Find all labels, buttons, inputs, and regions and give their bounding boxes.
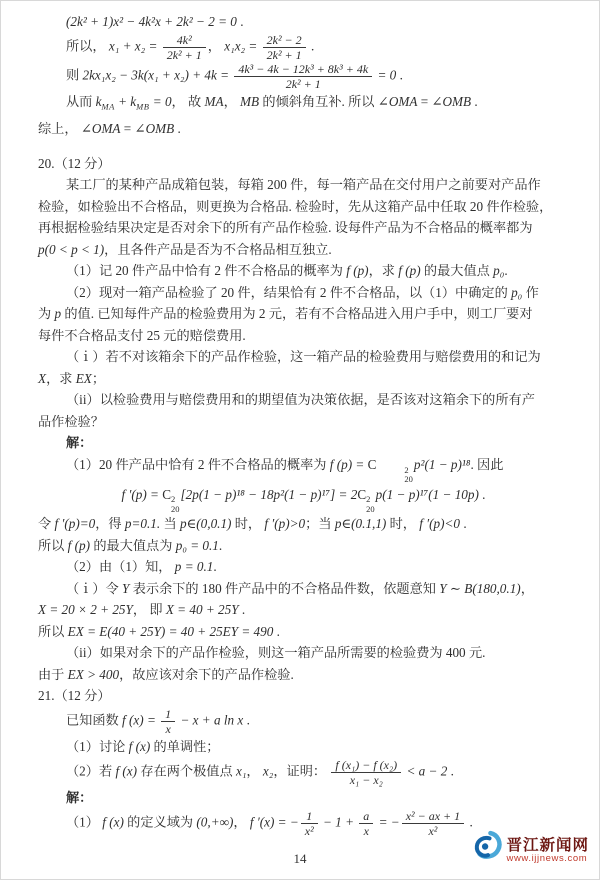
site-url: www.ijjnews.com bbox=[506, 854, 587, 864]
doc-line: 检验，如检验出不合格品，则更换为合格品. 检验时，先从这箱产品中任取 20 件作… bbox=[38, 196, 569, 218]
text-run: 检验，如检验出不合格品，则更换为合格品. 检验时，先从这箱产品中任取 20 件作… bbox=[38, 199, 552, 214]
fraction-denominator: 2k² + 1 bbox=[234, 76, 372, 91]
doc-line: （1）记 20 件产品中恰有 2 件不合格品的概率为 f (p)，求 f (p)… bbox=[38, 260, 569, 282]
text-run: . bbox=[308, 38, 315, 53]
fraction-numerator: 4k³ − 4k − 12k³ + 8k³ + 4k bbox=[234, 62, 372, 76]
fraction-numerator: 1 bbox=[161, 707, 175, 721]
doc-line: 某工厂的某种产品成箱包装，每箱 200 件，每一箱产品在交付用户之前要对产品作 bbox=[38, 174, 569, 196]
text-run: 20.（12 分） bbox=[38, 156, 111, 171]
text-run: 为 bbox=[38, 306, 54, 321]
document-page: (2k² + 1)x² − 4k²x + 2k² − 2 = 0 .所以， x₁… bbox=[0, 0, 600, 880]
math-run: f (x) = bbox=[122, 713, 159, 728]
text-run: 作 bbox=[522, 285, 538, 300]
fraction-numerator: 4k² bbox=[163, 33, 206, 47]
doc-line: 从而 kMA + kMB = 0， 故 MA， MB 的倾斜角互补. 所以 ∠O… bbox=[38, 91, 569, 118]
text-run: C bbox=[357, 487, 366, 502]
math-run: f (p) = bbox=[330, 457, 368, 472]
text-run: 所以， bbox=[66, 38, 109, 53]
math-run: X bbox=[38, 371, 46, 386]
math-run: OMA bbox=[389, 94, 418, 109]
math-run: f (x) bbox=[129, 739, 151, 754]
text-run: . bbox=[471, 94, 478, 109]
text-run: 令 bbox=[38, 516, 54, 531]
text-run: ，求 bbox=[369, 263, 399, 278]
text-run: ，故应该对余下的产品作检验. bbox=[119, 667, 294, 682]
math-run: − x + a ln x bbox=[177, 713, 243, 728]
math-run: EX = E(40 + 25Y) = 40 + 25EY = 490 bbox=[68, 624, 274, 639]
text-run: . bbox=[237, 14, 244, 29]
fraction-numerator: f (x₁) − f (x₂) bbox=[331, 758, 401, 772]
doc-line: （ii）如果对余下的产品作检验，则这一箱产品所需要的检验费为 400 元. bbox=[38, 642, 569, 664]
math-run: = 0 bbox=[149, 94, 171, 109]
bold-run: 解： bbox=[66, 790, 92, 805]
text-run: ，求 bbox=[46, 371, 76, 386]
text-run: （1） bbox=[66, 814, 102, 829]
text-run: ，证明： bbox=[273, 763, 329, 778]
doc-line: 再根据检验结果决定是否对余下的所有产品作检验. 设每件产品为不合格品的概率都为 bbox=[38, 217, 569, 239]
doc-line: 则 2kx₁x₂ − 3k(x₁ + x₂) + 4k = 4k³ − 4k −… bbox=[38, 62, 569, 91]
sup-sub-stack: 220 bbox=[376, 466, 413, 484]
text-run: . bbox=[219, 538, 222, 553]
text-run: 的值. 已知每件产品的检验费用为 2 元，若有不合格品进入用户手中，则工厂要对 bbox=[61, 306, 532, 321]
text-run: ；当 bbox=[305, 516, 335, 531]
math-run: Y ∼ B(180,0.1) bbox=[439, 581, 520, 596]
text-run: ； bbox=[92, 371, 105, 386]
math-run: [2p(1 − p)¹⁸ − 18p²(1 − p)¹⁷] = 2 bbox=[181, 487, 358, 502]
text-run: . bbox=[504, 263, 507, 278]
doc-line: 综上， ∠OMA = ∠OMB . bbox=[38, 118, 569, 140]
fraction: x² − ax + 1x² bbox=[402, 809, 464, 838]
doc-line: （ｉ）若不对该箱余下的产品作检验，这一箱产品的检验费用与赔偿费用的和记为 bbox=[38, 346, 569, 368]
math-run: f ′(p) = bbox=[122, 487, 163, 502]
math-run: f ′(p)>0 bbox=[264, 516, 305, 531]
text-run: 所以 bbox=[38, 624, 68, 639]
text-run: （2）现对一箱产品检验了 20 件，结果恰有 2 件不合格品，以（1）中确定的 bbox=[66, 285, 511, 300]
math-run: p = 0.1 bbox=[175, 559, 214, 574]
math-run: < a − 2 bbox=[403, 763, 447, 778]
math-run: X = 40 + 25Y bbox=[166, 602, 239, 617]
text-run: （2）若 bbox=[66, 763, 115, 778]
fraction-denominator: x₁ − x₂ bbox=[331, 772, 401, 787]
math-run: p(0 < p < 1) bbox=[38, 242, 104, 257]
superscript-digit: 2 bbox=[171, 495, 175, 504]
text-run: （1）讨论 bbox=[66, 739, 129, 754]
document-body: (2k² + 1)x² − 4k²x + 2k² − 2 = 0 .所以， x₁… bbox=[38, 11, 569, 838]
text-run: 存在两个极值点 bbox=[137, 763, 236, 778]
site-logo: 晋江新闻网 www.ijjnews.com bbox=[473, 830, 589, 871]
text-run: . bbox=[213, 559, 216, 574]
math-run: p₀ bbox=[493, 263, 504, 278]
math-run: 2kx₁x₂ − 3k(x₁ + x₂) + 4k = bbox=[82, 68, 232, 83]
text-run: 每件不合格品支付 25 元的赔偿费用. bbox=[38, 328, 246, 343]
text-run: . bbox=[479, 487, 486, 502]
text-run: 由于 bbox=[38, 667, 68, 682]
math-run: f (p) bbox=[398, 263, 420, 278]
math-run: EX > 400 bbox=[68, 667, 119, 682]
fraction: 2k² − 22k² + 1 bbox=[263, 33, 306, 62]
text-run: 的单调性； bbox=[150, 739, 219, 754]
math-run: X = 20 × 2 + 25Y bbox=[38, 602, 133, 617]
text-run: ， bbox=[246, 763, 262, 778]
doc-line: 所以 f (p) 的最大值点为 p₀ = 0.1. bbox=[38, 535, 569, 557]
math-run: f (x) bbox=[115, 763, 137, 778]
doc-line: （2）由（1）知， p = 0.1. bbox=[38, 556, 569, 578]
text-run: 综上， ∠ bbox=[38, 121, 92, 136]
doc-line: (2k² + 1)x² − 4k²x + 2k² − 2 = 0 . bbox=[38, 11, 569, 33]
text-run: ， bbox=[224, 94, 240, 109]
fraction-denominator: 2k² + 1 bbox=[263, 47, 306, 62]
math-run: MB bbox=[240, 94, 259, 109]
logo-text-block: 晋江新闻网 www.ijjnews.com bbox=[506, 837, 589, 864]
fraction-numerator: a bbox=[359, 809, 373, 823]
math-run: p²(1 − p)¹⁸ bbox=[414, 457, 471, 472]
doc-line: 品作检验？ bbox=[38, 411, 569, 433]
text-run: 当 bbox=[160, 516, 180, 531]
text-run: （ii）以检验费用与赔偿费用和的期望值为决策依据，是否该对这箱余下的所有产 bbox=[66, 392, 535, 407]
fraction: ax bbox=[359, 809, 373, 838]
math-run: OMA bbox=[92, 121, 121, 136]
text-run: C bbox=[368, 457, 377, 472]
doc-line: （2）若 f (x) 存在两个极值点 x₁， x₂，证明： f (x₁) − f… bbox=[38, 758, 569, 787]
text-run: ， bbox=[521, 581, 534, 596]
doc-line: 所以， x₁ + x₂ = 4k²2k² + 1， x₁x₂ = 2k² − 2… bbox=[38, 33, 569, 62]
doc-line: 20.（12 分） bbox=[38, 153, 569, 175]
text-run: （ii）如果对余下的产品作检验，则这一箱产品所需要的检验费为 400 元. bbox=[66, 645, 485, 660]
text-run: 所以 bbox=[38, 538, 68, 553]
text-run: 时， bbox=[386, 516, 419, 531]
text-run: （2）由（1）知， bbox=[66, 559, 175, 574]
fraction-numerator: x² − ax + 1 bbox=[402, 809, 464, 823]
math-run: f (x) bbox=[102, 814, 124, 829]
math-run: OMB bbox=[443, 94, 472, 109]
text-run: （1）记 20 件产品中恰有 2 件不合格品的概率为 bbox=[66, 263, 346, 278]
doc-line: 为 p 的值. 已知每件产品的检验费用为 2 元，若有不合格品进入用户手中，则工… bbox=[38, 303, 569, 325]
text-run: 品作检验？ bbox=[38, 414, 104, 429]
text-run: . bbox=[460, 516, 467, 531]
fraction-numerator: 1 bbox=[301, 809, 318, 823]
text-run: ， bbox=[233, 814, 249, 829]
text-run: 再根据检验结果决定是否对余下的所有产品作检验. 设每件产品为不合格品的概率都为 bbox=[38, 220, 533, 235]
subscript-digit: 20 bbox=[366, 505, 375, 514]
doc-line: f ′(p) = C220[2p(1 − p)¹⁸ − 18p²(1 − p)¹… bbox=[38, 484, 569, 514]
text-run: 某工厂的某种产品成箱包装，每箱 200 件，每一箱产品在交付用户之前要对产品作 bbox=[66, 177, 541, 192]
math-run: x₁ bbox=[236, 763, 246, 778]
text-run: ， 即 bbox=[133, 602, 166, 617]
superscript-digit: 2 bbox=[376, 466, 408, 475]
math-run: f (p) bbox=[346, 263, 368, 278]
math-run: − 1 + bbox=[320, 814, 358, 829]
text-run: （ｉ）令 bbox=[66, 581, 122, 596]
math-run: + k bbox=[115, 94, 136, 109]
math-run: x₁ + x₂ = bbox=[109, 38, 161, 53]
fraction-denominator: x bbox=[161, 721, 175, 736]
text-run: . 因此 bbox=[470, 457, 503, 472]
text-run: . bbox=[396, 68, 403, 83]
math-run: EX bbox=[76, 371, 92, 386]
text-run: C bbox=[162, 487, 171, 502]
fraction-numerator: 2k² − 2 bbox=[263, 33, 306, 47]
math-run: x₁x₂ = bbox=[224, 38, 260, 53]
text-run: ， bbox=[208, 38, 224, 53]
math-run: p₀ = 0.1 bbox=[176, 538, 219, 553]
text-run: 21.（12 分） bbox=[38, 688, 111, 703]
fraction: 1x bbox=[161, 707, 175, 736]
doc-line: （ii）以检验费用与赔偿费用和的期望值为决策依据，是否该对这箱余下的所有产 bbox=[38, 389, 569, 411]
fraction-denominator: x² bbox=[402, 823, 464, 838]
text-run: ， 故 bbox=[172, 94, 205, 109]
doc-line: 已知函数 f (x) = 1x − x + a ln x . bbox=[38, 707, 569, 736]
swirl-icon bbox=[470, 827, 508, 873]
doc-line: （2）现对一箱产品检验了 20 件，结果恰有 2 件不合格品，以（1）中确定的 … bbox=[38, 282, 569, 304]
math-run: f ′(x) = − bbox=[250, 814, 299, 829]
text-run: 已知函数 bbox=[66, 713, 122, 728]
text-run: 的倾斜角互补. 所以 ∠ bbox=[259, 94, 389, 109]
doc-line: 每件不合格品支付 25 元的赔偿费用. bbox=[38, 325, 569, 347]
fraction-denominator: x bbox=[359, 823, 373, 838]
math-run: = 0 bbox=[374, 68, 396, 83]
text-run: = ∠ bbox=[417, 94, 442, 109]
doc-line: 由于 EX > 400，故应该对余下的产品作检验. bbox=[38, 664, 569, 686]
sup-sub-stack: 220 bbox=[366, 495, 375, 513]
subscript-run: MB bbox=[136, 102, 149, 112]
subscript-digit: 20 bbox=[376, 475, 413, 484]
fraction: 4k³ − 4k − 12k³ + 8k³ + 4k2k² + 1 bbox=[234, 62, 372, 91]
doc-line: 解： bbox=[38, 787, 569, 809]
math-run: = − bbox=[375, 814, 399, 829]
text-run: . bbox=[466, 814, 473, 829]
fraction-denominator: 2k² + 1 bbox=[163, 47, 206, 62]
text-run: （ｉ）若不对该箱余下的产品作检验，这一箱产品的检验费用与赔偿费用的和记为 bbox=[66, 349, 541, 364]
text-run: . bbox=[174, 121, 181, 136]
text-run: 从而 bbox=[66, 94, 96, 109]
text-run: . bbox=[447, 763, 454, 778]
math-run: (0,+∞) bbox=[196, 814, 233, 829]
fraction: 4k²2k² + 1 bbox=[163, 33, 206, 62]
math-run: OMB bbox=[146, 121, 175, 136]
doc-line: 令 f ′(p)=0，得 p=0.1. 当 p∈(0,0.1) 时， f ′(p… bbox=[38, 513, 569, 535]
math-run: p∈(0.1,1) bbox=[335, 516, 387, 531]
subscript-run: MA bbox=[102, 102, 115, 112]
fraction-denominator: x² bbox=[301, 823, 318, 838]
fraction: f (x₁) − f (x₂)x₁ − x₂ bbox=[331, 758, 401, 787]
math-run: MA bbox=[205, 94, 224, 109]
math-run: p∈(0,0.1) bbox=[180, 516, 232, 531]
math-run: f ′(p)<0 bbox=[419, 516, 460, 531]
math-run: f (p) bbox=[68, 538, 90, 553]
text-run: . bbox=[273, 624, 280, 639]
text-run: ，得 bbox=[95, 516, 125, 531]
doc-line: p(0 < p < 1)，且各件产品是否为不合格品相互独立. bbox=[38, 239, 569, 261]
text-run: （1）20 件产品中恰有 2 件不合格品的概率为 bbox=[66, 457, 330, 472]
doc-line: X = 20 × 2 + 25Y， 即 X = 40 + 25Y . bbox=[38, 599, 569, 621]
superscript-digit: 2 bbox=[366, 495, 370, 504]
text-run: ，且各件产品是否为不合格品相互独立. bbox=[104, 242, 331, 257]
site-name: 晋江新闻网 bbox=[506, 837, 589, 854]
text-run: 时， bbox=[231, 516, 264, 531]
text-run: = ∠ bbox=[121, 121, 146, 136]
doc-line: 21.（12 分） bbox=[38, 685, 569, 707]
math-run: p₀ bbox=[511, 285, 522, 300]
sup-sub-stack: 220 bbox=[171, 495, 180, 513]
math-run: x₂ bbox=[263, 763, 273, 778]
doc-line: （1）20 件产品中恰有 2 件不合格品的概率为 f (p) = C220p²(… bbox=[38, 454, 569, 484]
doc-line: X，求 EX； bbox=[38, 368, 569, 390]
text-run: 则 bbox=[66, 68, 82, 83]
text-run: . bbox=[239, 602, 246, 617]
fraction: 1x² bbox=[301, 809, 318, 838]
doc-line: 解： bbox=[38, 432, 569, 454]
doc-line: （ｉ）令 Y 表示余下的 180 件产品中的不合格品件数，依题意知 Y ∼ B(… bbox=[38, 578, 569, 600]
bold-run: 解： bbox=[66, 435, 92, 450]
math-run: p=0.1. bbox=[125, 516, 160, 531]
math-run: p(1 − p)¹⁷(1 − 10p) bbox=[376, 487, 479, 502]
text-run: 的最大值点为 bbox=[90, 538, 176, 553]
math-run: f ′(p)=0 bbox=[54, 516, 95, 531]
text-run: 的最大值点 bbox=[421, 263, 494, 278]
text-run: 表示余下的 180 件产品中的不合格品件数，依题意知 bbox=[129, 581, 439, 596]
text-run: . bbox=[243, 713, 250, 728]
doc-line: 所以 EX = E(40 + 25Y) = 40 + 25EY = 490 . bbox=[38, 621, 569, 643]
doc-line: （1）讨论 f (x) 的单调性； bbox=[38, 736, 569, 758]
math-run: (2k² + 1)x² − 4k²x + 2k² − 2 = 0 bbox=[66, 14, 237, 29]
subscript-digit: 20 bbox=[171, 505, 180, 514]
text-run: 的定义域为 bbox=[124, 814, 197, 829]
